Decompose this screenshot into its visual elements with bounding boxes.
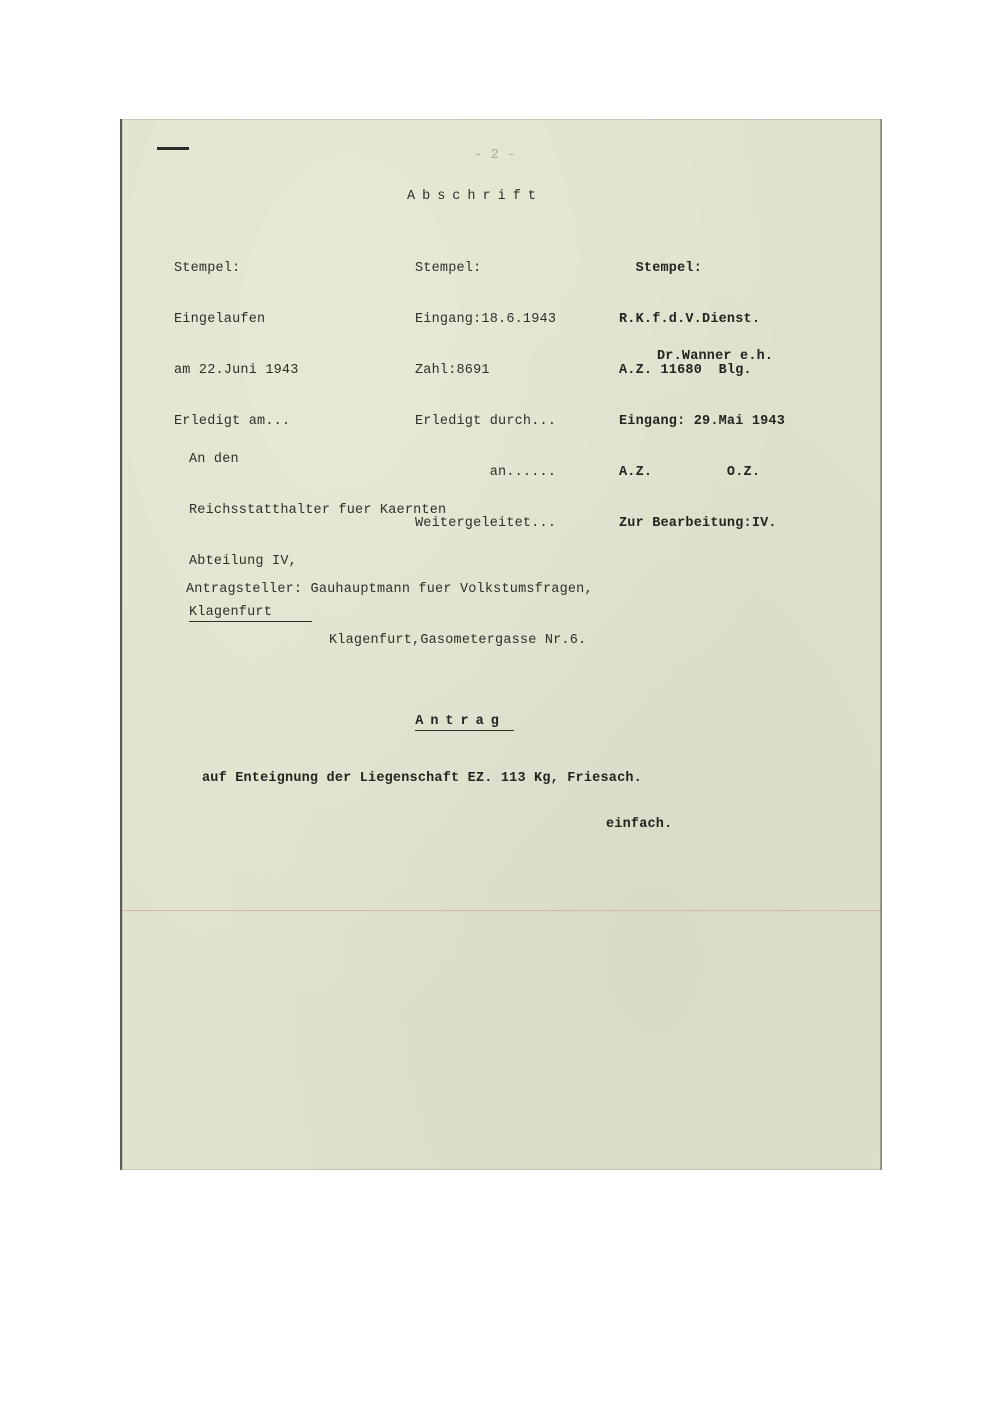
stamp-rkfdv: Stempel: R.K.f.d.V.Dienst. A.Z. 11680 Bl… [619, 226, 785, 566]
applicant-label: Antragsteller: [186, 582, 302, 597]
stamp-line: Stempel: [415, 260, 556, 277]
page-number: - 2 - [474, 147, 516, 164]
stamp-line: Eingang: 29.Mai 1943 [619, 413, 785, 430]
document-heading: Antrag [382, 696, 514, 747]
document-title: Abschrift [407, 188, 543, 205]
applicant-name: Gauhauptmann fuer Volkstumsfragen, [311, 582, 593, 597]
stamp-line: am 22.Juni 1943 [174, 362, 299, 379]
stamp-line: Zahl:8691 [415, 362, 556, 379]
stamp-line: Eingelaufen [174, 311, 299, 328]
document-page: - 2 - Abschrift Stempel: Eingelaufen am … [120, 119, 882, 1170]
stamp-line: A.Z. O.Z. [619, 464, 785, 481]
stamp-line: Eingang:18.6.1943 [415, 311, 556, 328]
address-line: Reichsstatthalter fuer Kaernten [189, 502, 446, 519]
stamp-line: Stempel: [619, 260, 785, 277]
stamp-line: R.K.f.d.V.Dienst. [619, 311, 785, 328]
signature: Dr.Wanner e.h. [657, 348, 773, 365]
subject-line: auf Enteignung der Liegenschaft EZ. 113 … [202, 770, 642, 787]
applicant-address: Klagenfurt,Gasometergasse Nr.6. [186, 632, 593, 649]
address-line: An den [189, 451, 446, 468]
applicant-block: Antragsteller: Gauhauptmann fuer Volkstu… [186, 547, 593, 683]
copy-note: einfach. [606, 816, 672, 833]
paper-fold-line [122, 910, 882, 911]
stamp-line: Stempel: [174, 260, 299, 277]
stamp-line: Zur Bearbeitung:IV. [619, 515, 785, 532]
margin-dash-mark [157, 147, 189, 150]
